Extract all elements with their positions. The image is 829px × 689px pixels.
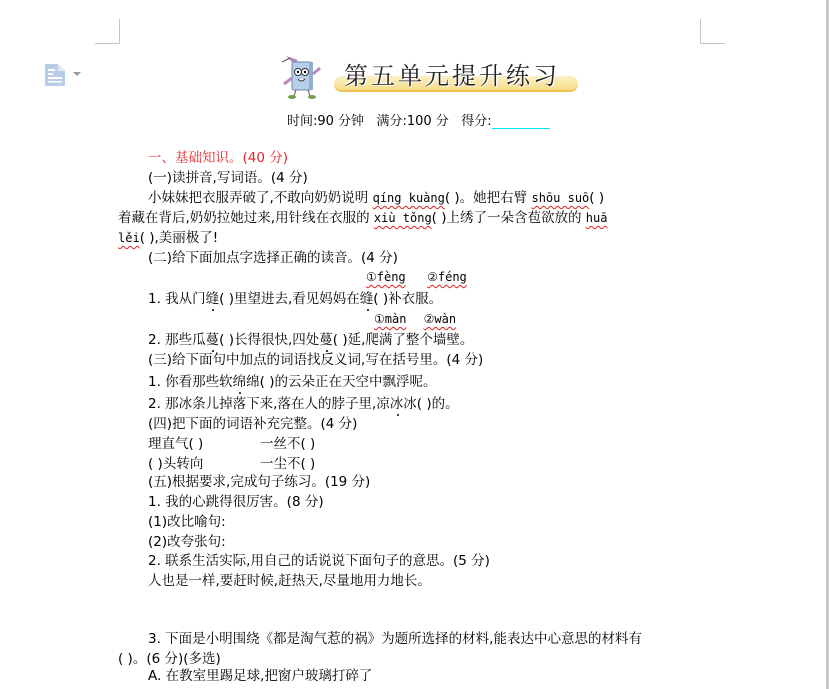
- q1-heading: (一)读拼音,写词语。(4 分): [148, 169, 308, 187]
- score-blank[interactable]: [492, 115, 550, 129]
- q5-heading: (五)根据要求,完成句子练习。(19 分): [148, 473, 370, 491]
- book-mascot-icon: [280, 52, 324, 100]
- q5-part-1a: (1)改比喻句:: [148, 513, 226, 531]
- q3-sentence-2: 2. 那冰条儿掉落下来,落在人的脖子里,凉冰冰( )的。: [148, 395, 459, 413]
- q1-line-2: 着藏在背后,奶奶拉她过来,用针线在衣服的 xiù tǒng( )上绣了一朵含苞欲…: [118, 209, 607, 227]
- full-score-label: 满分:100 分: [376, 114, 448, 129]
- q5-part-3-cont: ( )。(6 分)(多选): [118, 650, 221, 668]
- q1-line-3: lěi( ),美丽极了!: [118, 229, 218, 247]
- q5-part-1b: (2)改夸张句:: [148, 533, 226, 551]
- q5-part-1: 1. 我的心跳得很厉害。(8 分): [148, 493, 324, 511]
- pinyin: qíng kuàng: [373, 191, 445, 205]
- exam-meta: 时间:90 分钟 满分:100 分 得分:: [287, 110, 550, 129]
- score-label: 得分:: [461, 114, 491, 129]
- q1-line-1: 小妹妹把衣服弄破了,不敢向奶奶说明 qíng kuàng( )。她把右臂 shō…: [148, 189, 604, 207]
- pinyin: lěi: [118, 231, 140, 245]
- chevron-down-icon[interactable]: [73, 72, 81, 76]
- q2-options-2: ①màn ②wàn: [374, 310, 456, 328]
- document-icon[interactable]: [45, 64, 65, 86]
- q4-item: 一丝不( ): [260, 435, 315, 453]
- section-heading: 一、基础知识。(40 分): [148, 149, 288, 167]
- time-label: 时间:90 分钟: [287, 114, 364, 129]
- q3-heading: (三)给下面句中加点的词语找反义词,写在括号里。(4 分): [148, 351, 483, 369]
- q5-part-3: 3. 下面是小明围绕《都是淘气惹的祸》为题所选择的材料,能表达中心意思的材料有: [148, 630, 642, 648]
- q5-part-2: 2. 联系生活实际,用自己的话说说下面句子的意思。(5 分): [148, 552, 490, 570]
- pinyin: shōu suō: [531, 191, 589, 205]
- q4-heading: (四)把下面的词语补充完整。(4 分): [148, 415, 357, 433]
- margin-corner-top-left: [95, 19, 120, 44]
- q3-sentence-1: 1. 你看那些软绵绵( )的云朵正在天空中飘浮呢。: [148, 373, 437, 391]
- q5-option-a: A. 在教室里踢足球,把窗户玻璃打碎了: [148, 667, 372, 685]
- page-title: 第五单元提升练习: [280, 52, 580, 102]
- q2-sentence-2: 2. 那些瓜蔓( )长得很快,四处蔓( )延,爬满了整个墙壁。: [148, 331, 473, 349]
- q4-item: 一尘不( ): [260, 455, 315, 473]
- q2-sentence-1: 1. 我从门缝( )里望进去,看见妈妈在缝( )补衣服。: [148, 290, 442, 308]
- pinyin: xiù tǒng: [374, 211, 432, 225]
- title-text: 第五单元提升练习: [344, 56, 560, 91]
- q5-part-2-sentence: 人也是一样,要赶时候,赶热天,尽量地用力地长。: [148, 572, 431, 590]
- q2-options-1: ①fèng ②féng: [366, 268, 467, 286]
- margin-corner-top-right: [700, 19, 725, 44]
- q2-heading: (二)给下面加点字选择正确的读音。(4 分): [148, 249, 398, 267]
- q4-item: 理直气( ): [148, 435, 203, 453]
- q4-item: ( )头转向: [148, 455, 203, 473]
- pinyin: huā: [586, 211, 608, 225]
